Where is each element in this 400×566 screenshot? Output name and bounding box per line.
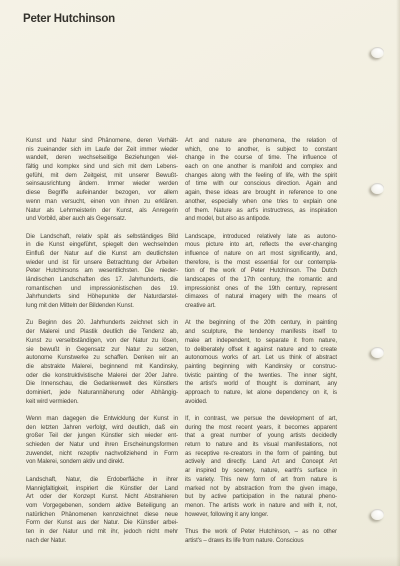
text-line: impressionist ones of the 19th century, … <box>185 285 337 294</box>
text-line: der Malerei und Plastik deutlich die Ten… <box>26 328 178 337</box>
text-line: fältig und komplex sind und sich mit dem… <box>26 163 178 172</box>
paragraph: Art and nature are phenomena, the relati… <box>185 137 337 224</box>
paragraph: If, in contrast, we persue the developme… <box>185 415 337 519</box>
binder-hole <box>371 509 384 520</box>
text-line: its variety. This new form of art from n… <box>185 476 337 485</box>
text-line: change in the course of time. The influe… <box>185 154 337 163</box>
text-line: and sculpture, the tendency manifests it… <box>185 328 337 337</box>
text-line: Landschaft, Natur, die Erdoberfläche in … <box>26 476 178 485</box>
text-line: Die Innenschau, die Gedankenwelt des Kün… <box>26 380 178 389</box>
text-line: Wenn man dagegen die Entwicklung der Kun… <box>26 415 178 424</box>
text-line: If, in contrast, we persue the developme… <box>185 415 337 424</box>
text-line: return to nature and its visual manifest… <box>185 441 337 450</box>
text-line: ten in der Natur und mit ihr, jedoch nic… <box>26 528 178 537</box>
text-line: each on one another is manifold and comp… <box>185 163 337 172</box>
paragraph: Kunst und Natur sind Phänomene, deren Ve… <box>26 137 178 224</box>
text-line: At the beginning of the 20th century, in… <box>185 319 337 328</box>
text-line: another, especially when one tries to ex… <box>185 198 337 207</box>
paragraph: Die Landschaft, relativ spät als selbstä… <box>26 233 178 311</box>
text-line: landscapes of the 17th century, the roma… <box>185 276 337 285</box>
text-line: Peter Hutchinsons am wesentlichsten. Die… <box>26 267 178 276</box>
text-line: of time with our conscious direction. Ag… <box>185 180 337 189</box>
text-line: therefore, is the most essential for our… <box>185 259 337 268</box>
text-line: climaxes of natural imagery with the mea… <box>185 293 337 302</box>
text-line: actively and directly. Land Art and Conc… <box>185 458 337 467</box>
text-line: die abstrakte Malerei, beginnend mit Kan… <box>26 363 178 372</box>
text-line: romantischen und impressionistischen des… <box>26 285 178 294</box>
text-line: Art oder der Konzept Kunst. Nicht Abstra… <box>26 493 178 502</box>
text-line: Mannigfaltigkeit, inspiriert die Künstle… <box>26 485 178 494</box>
paragraph: Zu Beginn des 20. Jahrhunderts zeichnet … <box>26 319 178 406</box>
text-line: den letzten Jahren verfolgt, wird deutli… <box>26 424 178 433</box>
text-line: to deliberately offset it against nature… <box>185 346 337 355</box>
paragraph: Landscape, introduced relatively late as… <box>185 233 337 311</box>
text-line: gefühl, mit dem Zeitgeist, mit unserer B… <box>26 172 178 181</box>
paragraph: Landschaft, Natur, die Erdoberfläche in … <box>26 476 178 546</box>
text-line: creative art. <box>185 302 337 311</box>
text-line: wieder und ist für unsere Betrachtung de… <box>26 259 178 268</box>
text-line: Einfluß der Natur auf die Kunst am deutl… <box>26 250 178 259</box>
text-line: lung mit den Mitteln der Bildenden Kunst… <box>26 302 178 311</box>
text-line: nach der Natur. <box>26 537 178 546</box>
text-line: autonomous works of art. Let us think of… <box>185 354 337 363</box>
text-columns: Kunst und Natur sind Phänomene, deren Ve… <box>26 137 337 554</box>
paragraph: Wenn man dagegen die Entwicklung der Kun… <box>26 415 178 467</box>
text-line: as receptive re-creators in the form of … <box>185 450 337 459</box>
text-line: again, these ideas are brought in refere… <box>185 189 337 198</box>
text-line: autonome Kunstwerke zu schaffen. Denken … <box>26 354 178 363</box>
text-line: tion of the work of Peter Hutchinson. Th… <box>185 267 337 276</box>
text-line: however, following it any longer. <box>185 511 337 520</box>
binder-hole <box>371 347 384 358</box>
text-line: Form der Kunst aus der Natur. Die Künstl… <box>26 519 178 528</box>
paragraph: Thus the work of Peter Hutchinson, – as … <box>185 528 337 545</box>
text-line: von Malerei, sondern aktiv und direkt. <box>26 458 178 467</box>
text-line: mous picture into art, reflects the ever… <box>185 241 337 250</box>
text-line: painting beginning with Kandinsky or con… <box>185 363 337 372</box>
text-line: Art and nature are phenomena, the relati… <box>185 137 337 146</box>
text-line: schieden der Natur und ihren Erscheinung… <box>26 441 178 450</box>
text-line: keit wird vermieden. <box>26 398 178 407</box>
text-line: but by active participation in the natur… <box>185 493 337 502</box>
text-line: vom Vorgegebenen, sondern aktive Beteili… <box>26 502 178 511</box>
text-line: diese Begriffe aufeinander bezogen, vor … <box>26 189 178 198</box>
text-line: Natur als Lehrmeisterin der Kunst, als A… <box>26 207 178 216</box>
text-line: influence of nature on art most signific… <box>185 250 337 259</box>
column-german: Kunst und Natur sind Phänomene, deren Ve… <box>26 137 178 554</box>
text-line: Kunst und Natur sind Phänomene, deren Ve… <box>26 137 178 146</box>
text-line: artist's – draws its life from nature. C… <box>185 537 337 546</box>
binder-hole <box>371 183 384 194</box>
text-line: natürlichen Phänomenen kennzeichnet dies… <box>26 511 178 520</box>
text-line: seinsausrichtung ändern. Immer wieder we… <box>26 180 178 189</box>
text-line: avoided. <box>185 398 337 407</box>
text-line: zuwendet, nicht rezeptiv nachvollziehend… <box>26 450 178 459</box>
text-line: Landscape, introduced relatively late as… <box>185 233 337 242</box>
text-line: menon. The artists work in nature and wi… <box>185 502 337 511</box>
text-line: ländischen Landschaften des 17. Jahrhund… <box>26 276 178 285</box>
text-line: Jahrhunderts sind Höhepunkte der Naturda… <box>26 293 178 302</box>
page-title: Peter Hutchinson <box>23 13 115 25</box>
text-line: and model, but also as antipode. <box>185 215 337 224</box>
text-line: großer Teil der jungen Künstler sich wie… <box>26 432 178 441</box>
text-line: nis zueinander sich im Laufe der Zeit im… <box>26 146 178 155</box>
text-line: Kunst zu verselbständigen, von der Natur… <box>26 337 178 346</box>
text-line: wandelt, deren wechselseitige Beziehunge… <box>26 154 178 163</box>
text-line: during the most recent years, it becomes… <box>185 424 337 433</box>
text-line: Die Landschaft, relativ spät als selbstä… <box>26 233 178 242</box>
column-english: Art and nature are phenomena, the relati… <box>185 137 337 554</box>
text-line: that a great number of young artists dec… <box>185 432 337 441</box>
text-line: make art independent, to separate it fro… <box>185 337 337 346</box>
text-line: in die Kunst eingeführt, spiegelt den we… <box>26 241 178 250</box>
text-line: Zu Beginn des 20. Jahrhunderts zeichnet … <box>26 319 178 328</box>
text-line: tivistic painting of the twenties. The i… <box>185 372 337 381</box>
text-line: of them. Nature as art's instructress, a… <box>185 207 337 216</box>
text-line: the artist's world of thought is dominan… <box>185 380 337 389</box>
text-line: wenn man versucht, einen von ihnen zu er… <box>26 198 178 207</box>
binder-hole <box>371 47 384 58</box>
text-line: sie bewußt in Gegensatz zur Natur zu set… <box>26 346 178 355</box>
text-line: dominiert, jede Naturannäherung oder Abh… <box>26 389 178 398</box>
text-line: und Vorbild, aber auch als Gegensatz. <box>26 215 178 224</box>
text-line: marked not by abstraction from the given… <box>185 485 337 494</box>
text-line: which, one to another, is subject to con… <box>185 146 337 155</box>
text-line: changes along with the feeling of life, … <box>185 172 337 181</box>
text-line: Thus the work of Peter Hutchinson, – as … <box>185 528 337 537</box>
book-page: Peter Hutchinson Kunst und Natur sind Ph… <box>0 0 400 566</box>
text-line: oder die konstruktivistische Malerei der… <box>26 372 178 381</box>
paragraph: At the beginning of the 20th century, in… <box>185 319 337 406</box>
text-line: approach to nature, let alone dependency… <box>185 389 337 398</box>
text-line: ar inspired by scenery, nature, earth's … <box>185 467 337 476</box>
